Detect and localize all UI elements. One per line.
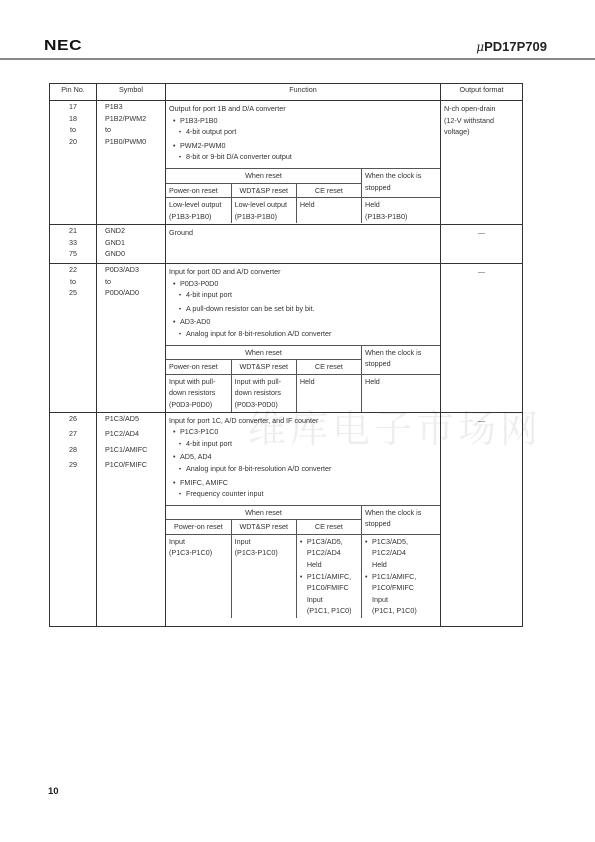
symbol: P0D0/AD0 — [101, 287, 161, 299]
reset-state-table: When reset When the clock is stopped Pow… — [166, 168, 440, 223]
function-item: P0D3-P0D0 — [169, 278, 437, 290]
symbol: P1C0/FMIFC — [101, 459, 161, 471]
output-format-cell: — — [441, 225, 523, 264]
table-row: 21 33 75 GND2 GND1 GND0 Ground — — [50, 225, 523, 264]
col-header-output-format: Output format — [441, 84, 523, 101]
clock-stopped-header: When the clock is stopped — [362, 168, 441, 197]
pin-no: 20 — [54, 136, 92, 148]
pin-cell: 22 to 25 — [50, 264, 97, 413]
nec-logo: NEC — [44, 37, 82, 54]
symbol-cell: P1B3 P1B2/PWM2 to P1B0/PWM0 — [97, 101, 166, 225]
function-subitem: 4-bit input port — [169, 289, 437, 303]
ce-reset-header: CE reset — [296, 360, 361, 375]
symbol: GND2 — [101, 225, 161, 237]
when-reset-header: When reset — [166, 345, 362, 360]
reset-state-table: When reset When the clock is stopped Pow… — [166, 505, 440, 618]
table-row: 17 18 to 20 P1B3 P1B2/PWM2 to P1B0/PWM0 … — [50, 101, 523, 225]
pin-no: 22 — [54, 264, 92, 276]
pin-cell: 17 18 to 20 — [50, 101, 97, 225]
symbol: GND1 — [101, 237, 161, 249]
wdt-sp-reset-value: Input with pull-down resistors(P0D3-P0D0… — [231, 374, 296, 411]
function-subitem: A pull-down resistor can be set bit by b… — [169, 303, 437, 317]
symbol-cell: P1C3/AD5 P1C2/AD4 P1C1/AMIFC P1C0/FMIFC — [97, 412, 166, 626]
pin-cell: 26 27 28 29 — [50, 412, 97, 626]
pin-no: 18 — [54, 113, 92, 125]
table-row: 26 27 28 29 P1C3/AD5 P1C2/AD4 P1C1/AMIFC… — [50, 412, 523, 626]
when-reset-header: When reset — [166, 505, 362, 520]
function-item: AD5, AD4 — [169, 451, 437, 463]
pin-no: 29 — [54, 459, 92, 471]
symbol-cell: GND2 GND1 GND0 — [97, 225, 166, 264]
function-item: AD3-AD0 — [169, 316, 437, 328]
pin-no: 17 — [54, 101, 92, 113]
function-cell: Ground — [166, 225, 441, 264]
symbol: P1C1/AMIFC — [101, 444, 161, 456]
power-on-reset-value: Input with pull-down resistors(P0D3-P0D0… — [166, 374, 231, 411]
function-cell: Input for port 1C, A/D converter, and IF… — [166, 412, 441, 626]
part-number: μPD17P709 — [476, 39, 547, 54]
function-cell: Input for port 0D and A/D converter P0D3… — [166, 264, 441, 413]
clock-stopped-header: When the clock is stopped — [362, 505, 441, 534]
clock-stopped-header: When the clock is stopped — [362, 345, 441, 374]
output-format-cell: — — [441, 264, 523, 413]
table-header-row: Pin No. Symbol Function Output format — [50, 84, 523, 101]
page-number: 10 — [48, 786, 59, 797]
table-row: 22 to 25 P0D3/AD3 to P0D0/AD0 Input for … — [50, 264, 523, 413]
ce-reset-header: CE reset — [296, 183, 361, 198]
clock-stopped-value: P1C3/AD5, P1C2/AD4 Held P1C1/AMIFC, P1C0… — [362, 534, 441, 618]
ce-reset-value: Held — [296, 374, 361, 411]
ce-reset-header: CE reset — [296, 520, 361, 535]
function-subitem: 8-bit or 9-bit D/A converter output — [169, 151, 437, 165]
pin-no: 21 — [54, 225, 92, 237]
power-on-reset-value: Low-level output(P1B3-P1B0) — [166, 198, 231, 224]
symbol: GND0 — [101, 248, 161, 260]
dash-mark: — — [441, 225, 522, 239]
col-header-symbol: Symbol — [97, 84, 166, 101]
output-format-cell: — — [441, 412, 523, 626]
wdt-sp-reset-header: WDT&SP reset — [231, 183, 296, 198]
when-reset-header: When reset — [166, 168, 362, 183]
pin-no: 28 — [54, 444, 92, 456]
pin-no: 25 — [54, 287, 92, 299]
power-on-reset-header: Power-on reset — [166, 360, 231, 375]
pin-no: 75 — [54, 248, 92, 260]
dash-mark: — — [441, 264, 522, 278]
function-subitem: Frequency counter input — [169, 488, 437, 502]
part-number-text: PD17P709 — [484, 39, 547, 54]
clock-stopped-value: Held(P1B3-P1B0) — [362, 198, 441, 224]
header-rule — [0, 58, 595, 60]
output-format-cell: N-ch open-drain (12-V withstand voltage) — [441, 101, 523, 225]
pin-no: to — [54, 124, 92, 136]
wdt-sp-reset-value: Low-level output(P1B3-P1B0) — [231, 198, 296, 224]
function-description: Output for port 1B and D/A converter — [169, 103, 437, 115]
reset-state-table: When reset When the clock is stopped Pow… — [166, 345, 440, 412]
symbol: to — [101, 124, 161, 136]
function-description: Input for port 1C, A/D converter, and IF… — [169, 415, 437, 427]
symbol: P1B0/PWM0 — [101, 136, 161, 148]
function-description: Ground — [169, 227, 437, 239]
wdt-sp-reset-value: Input(P1C3-P1C0) — [231, 534, 296, 618]
symbol: to — [101, 276, 161, 288]
dash-mark: — — [441, 413, 522, 427]
pin-no: to — [54, 276, 92, 288]
function-subitem: Analog input for 8-bit-resolution A/D co… — [169, 328, 437, 342]
function-subitem: Analog input for 8-bit-resolution A/D co… — [169, 463, 437, 477]
function-item: P1B3-P1B0 — [169, 115, 437, 127]
function-item: P1C3-P1C0 — [169, 426, 437, 438]
wdt-sp-reset-header: WDT&SP reset — [231, 360, 296, 375]
symbol: P1B2/PWM2 — [101, 113, 161, 125]
symbol: P0D3/AD3 — [101, 264, 161, 276]
symbol: P1C2/AD4 — [101, 428, 161, 440]
col-header-pin-no: Pin No. — [50, 84, 97, 101]
mu-prefix: μ — [476, 40, 484, 54]
function-subitem: 4-bit output port — [169, 126, 437, 140]
pin-cell: 21 33 75 — [50, 225, 97, 264]
pin-function-table: Pin No. Symbol Function Output format 17… — [49, 83, 523, 627]
function-subitem: 4-bit input port — [169, 438, 437, 452]
pin-no: 33 — [54, 237, 92, 249]
symbol: P1B3 — [101, 101, 161, 113]
function-item: PWM2-PWM0 — [169, 140, 437, 152]
pin-no: 26 — [54, 413, 92, 425]
symbol-cell: P0D3/AD3 to P0D0/AD0 — [97, 264, 166, 413]
power-on-reset-header: Power-on reset — [166, 520, 231, 535]
col-header-function: Function — [166, 84, 441, 101]
clock-stopped-value: Held — [362, 374, 441, 411]
wdt-sp-reset-header: WDT&SP reset — [231, 520, 296, 535]
power-on-reset-value: Input(P1C3-P1C0) — [166, 534, 231, 618]
function-item: FMIFC, AMIFC — [169, 477, 437, 489]
function-cell: Output for port 1B and D/A converter P1B… — [166, 101, 441, 225]
pin-no: 27 — [54, 428, 92, 440]
ce-reset-value: Held — [296, 198, 361, 224]
symbol: P1C3/AD5 — [101, 413, 161, 425]
ce-reset-value: P1C3/AD5, P1C2/AD4 Held P1C1/AMIFC, P1C0… — [296, 534, 361, 618]
function-description: Input for port 0D and A/D converter — [169, 266, 437, 278]
power-on-reset-header: Power-on reset — [166, 183, 231, 198]
